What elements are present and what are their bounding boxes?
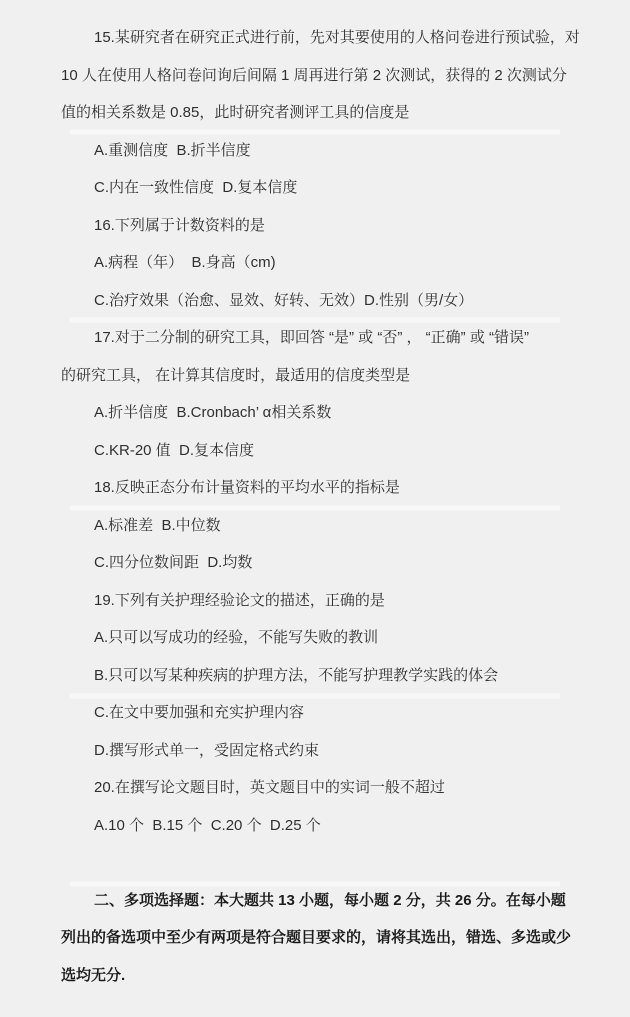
question-20-options: A.10 个 B.15 个 C.20 个 D.25 个: [61, 807, 569, 845]
question-15-stem-line-2: 10 人在使用人格问卷问询后间隔 1 周再进行第 2 次测试，获得的 2 次测试…: [61, 57, 569, 95]
question-16-options-cd: C.治疗效果（治愈、显效、好转、无效）D.性别（男/女）: [61, 282, 569, 320]
question-19-option-d: D.撰写形式单一，受固定格式约束: [61, 732, 569, 770]
question-17-options-ab: A.折半信度 B.Cronbach’ α相关系数: [61, 394, 569, 432]
question-19-option-a: A.只可以写成功的经验，不能写失败的教训: [61, 619, 569, 657]
question-15-stem-line-1: 15.某研究者在研究正式进行前，先对其要使用的人格问卷进行预试验，对: [61, 19, 569, 57]
question-18-options-cd: C.四分位数间距 D.均数: [61, 544, 569, 582]
section-2-header-line-3: 选均无分.: [61, 957, 569, 995]
question-20-stem: 20.在撰写论文题目时，英文题目中的实词一般不超过: [61, 769, 569, 807]
question-16-stem: 16.下列属于计数资料的是: [61, 207, 569, 245]
exam-paper-page: 15.某研究者在研究正式进行前，先对其要使用的人格问卷进行预试验，对10 人在使…: [0, 0, 630, 1017]
question-17-stem-line-1: 17.对于二分制的研究工具，即回答 “是” 或 “否” ， “正确” 或 “错误…: [61, 319, 569, 357]
question-19-option-c: C.在文中要加强和充实护理内容: [61, 694, 569, 732]
question-19-stem: 19.下列有关护理经验论文的描述，正确的是: [61, 582, 569, 620]
question-16-options-ab: A.病程（年） B.身高（cm): [61, 244, 569, 282]
question-15-options-cd: C.内在一致性信度 D.复本信度: [61, 169, 569, 207]
question-19-option-b: B.只可以写某种疾病的护理方法，不能写护理教学实践的体会: [61, 657, 569, 695]
question-17-options-cd: C.KR-20 值 D.复本信度: [61, 432, 569, 470]
question-17-stem-line-2: 的研究工具， 在计算其信度时，最适用的信度类型是: [61, 357, 569, 395]
section-2-header-line-1: 二、多项选择题：本大题共 13 小题，每小题 2 分，共 26 分。在每小题: [61, 882, 569, 920]
exam-text-block: 15.某研究者在研究正式进行前，先对其要使用的人格问卷进行预试验，对10 人在使…: [0, 0, 630, 994]
question-18-stem: 18.反映正态分布计量资料的平均水平的指标是: [61, 469, 569, 507]
question-18-options-ab: A.标准差 B.中位数: [61, 507, 569, 545]
section-2-header-line-2: 列出的备选项中至少有两项是符合题目要求的，请将其选出，错选、多选或少: [61, 919, 569, 957]
question-15-options-ab: A.重测信度 B.折半信度: [61, 132, 569, 170]
question-15-stem-line-3: 值的相关系数是 0.85，此时研究者测评工具的信度是: [61, 94, 569, 132]
